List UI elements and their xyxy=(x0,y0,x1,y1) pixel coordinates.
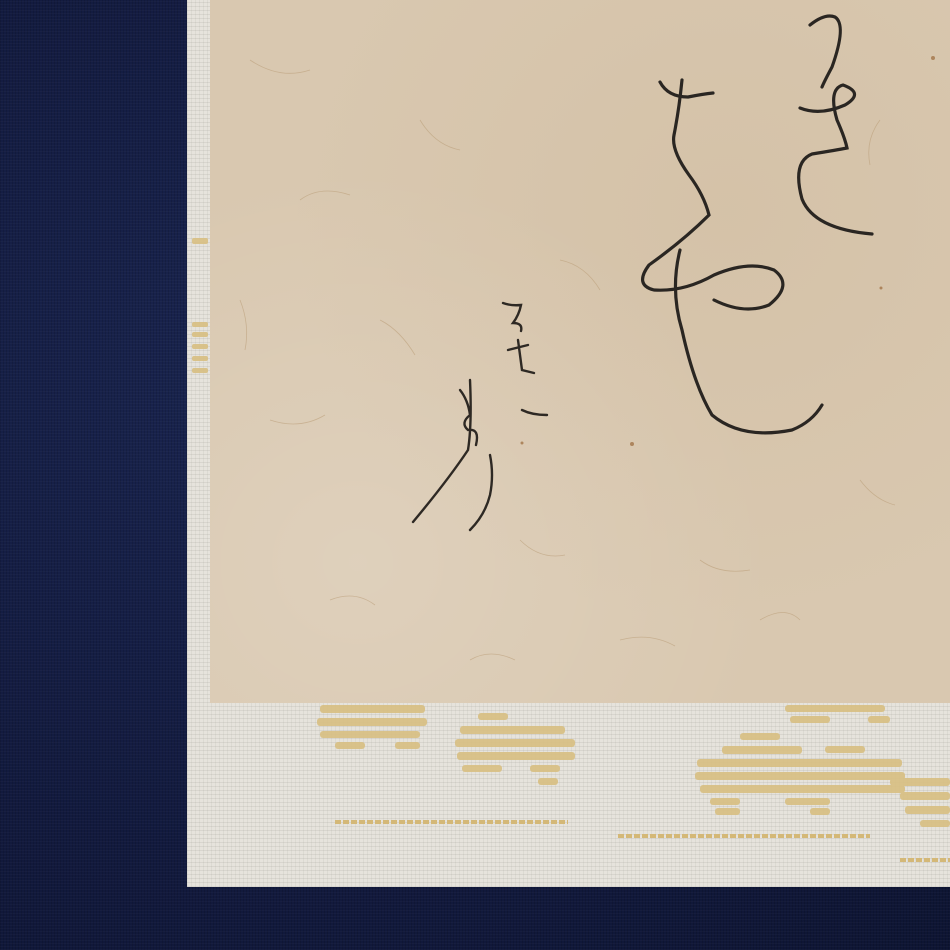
signature xyxy=(413,303,547,530)
scroll-artwork xyxy=(0,0,950,950)
main-calligraphy xyxy=(643,16,872,433)
paper-fibers xyxy=(240,60,895,660)
gold-cloud-pattern xyxy=(192,238,950,860)
